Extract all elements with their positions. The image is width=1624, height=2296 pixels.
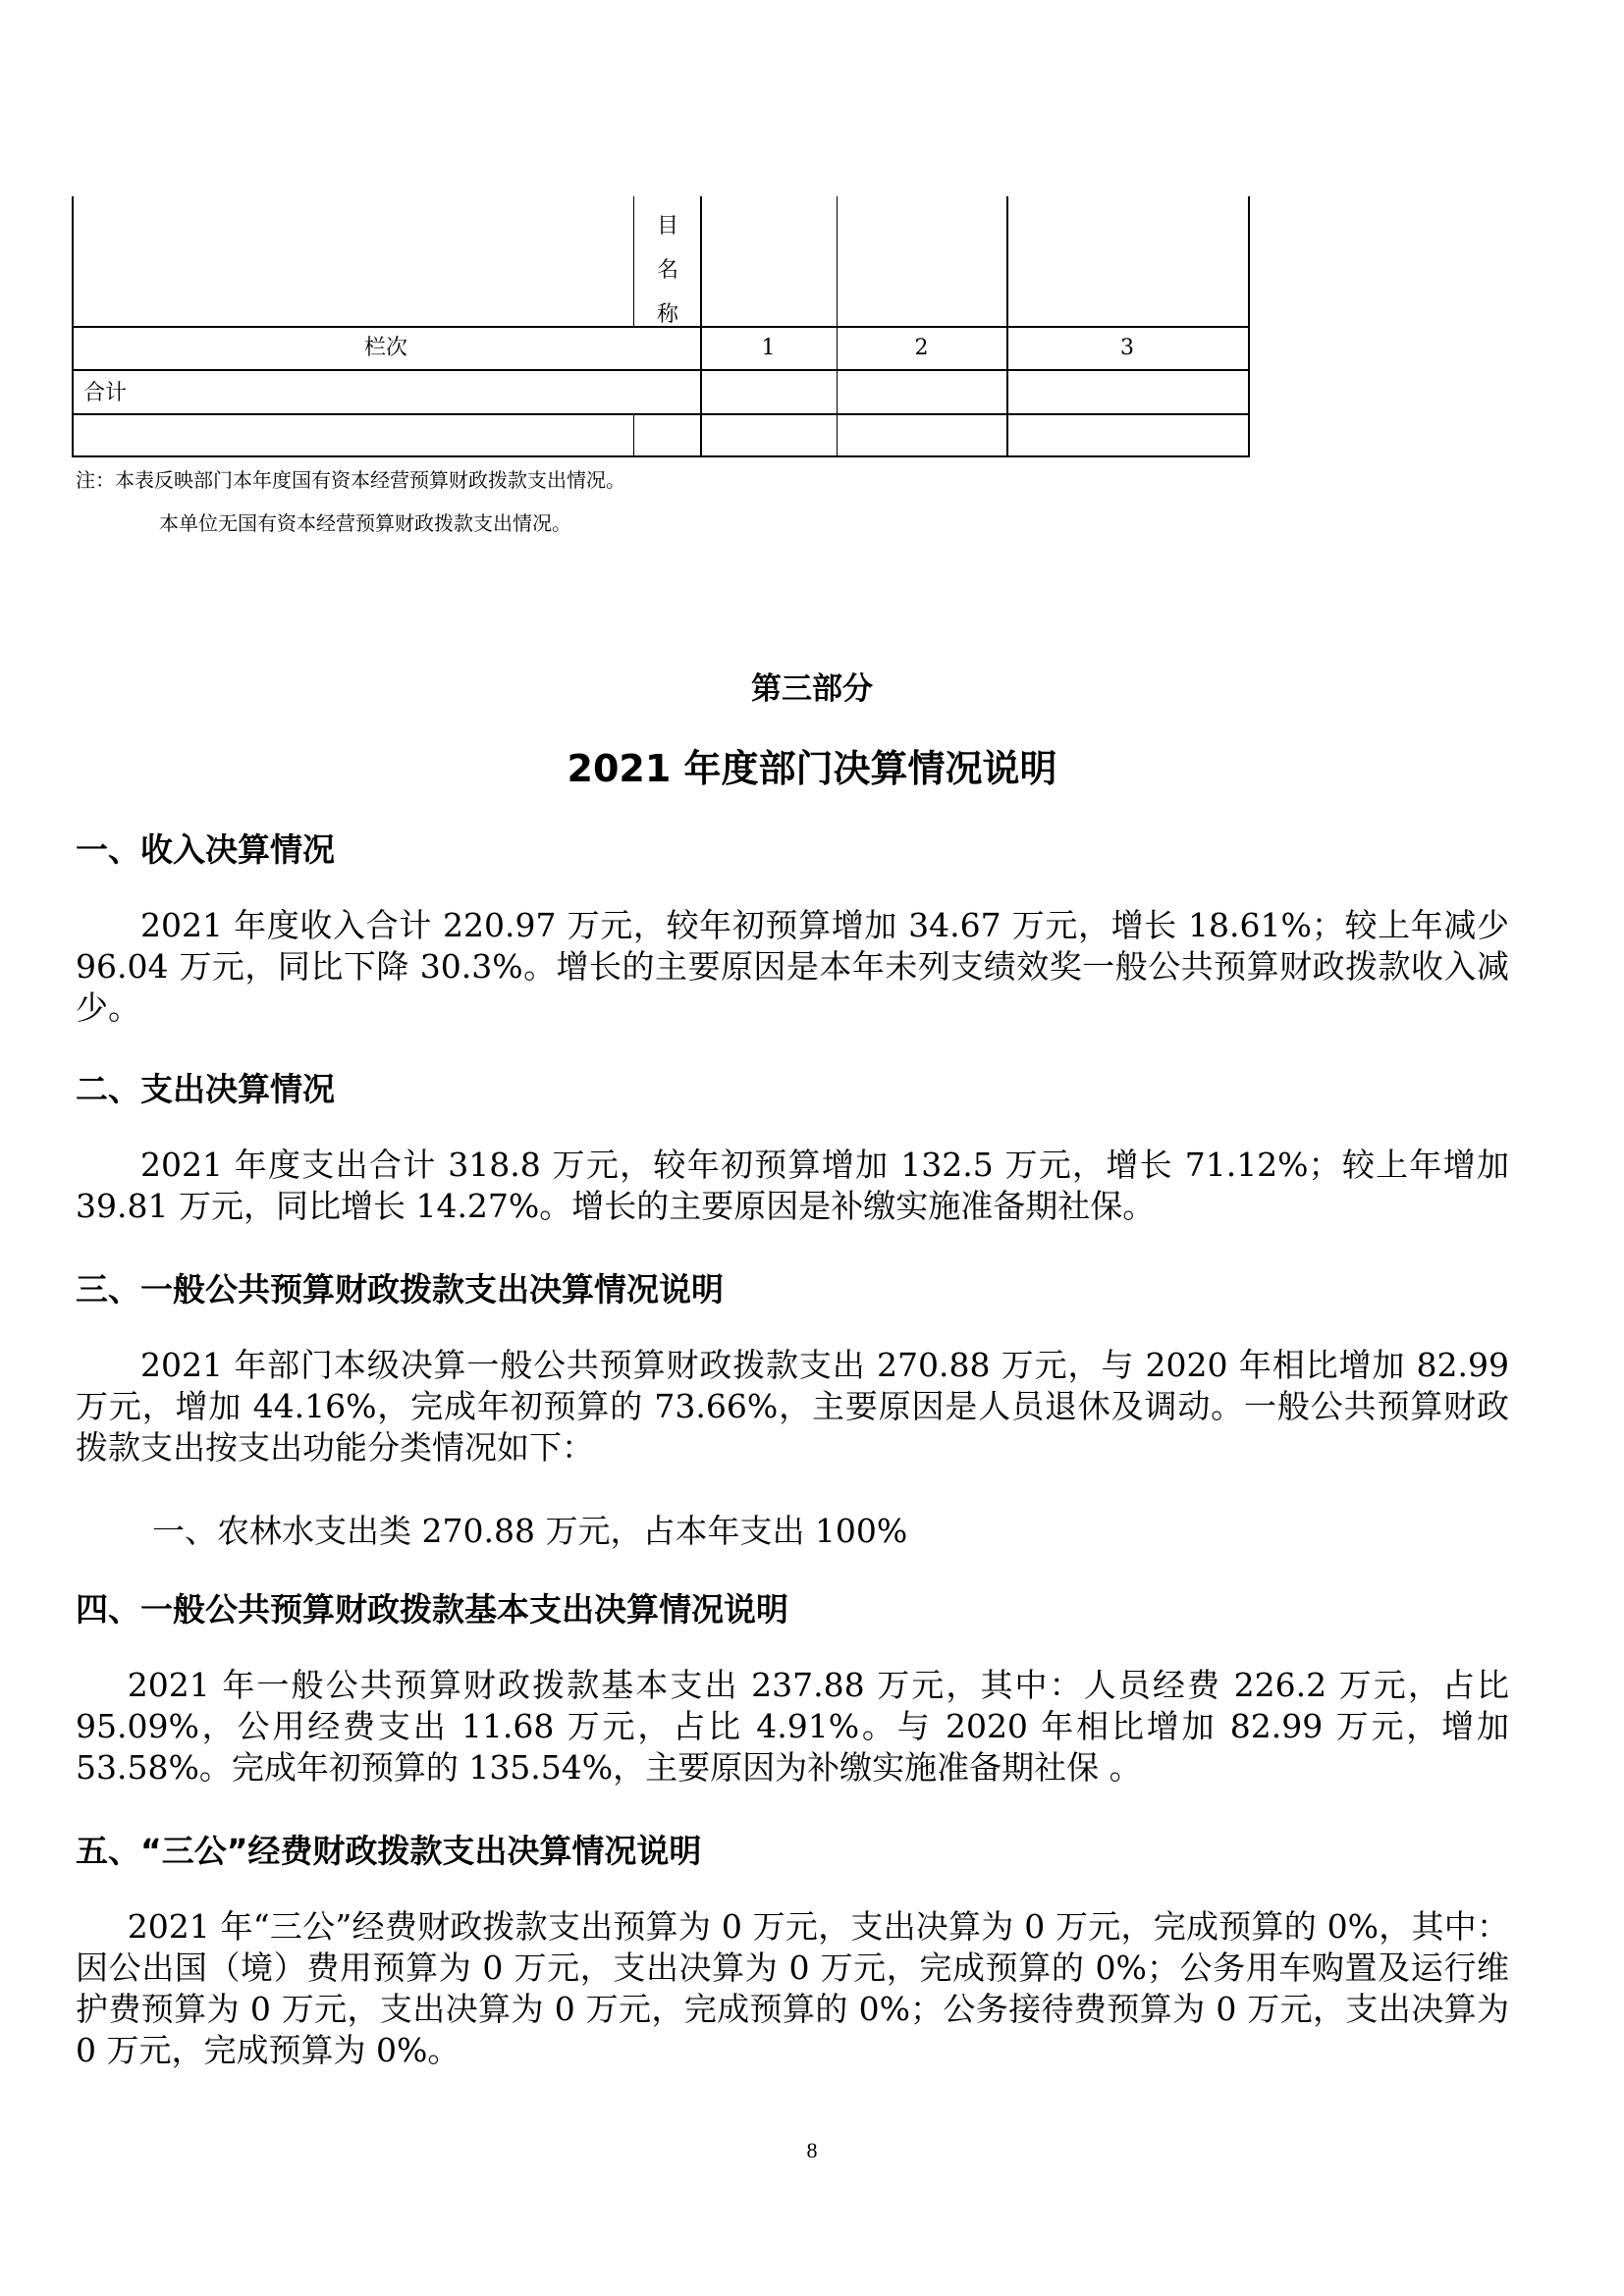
section-paragraph-income: 2021 年度收入合计 220.97 万元，较年初预算增加 34.67 万元，增… — [76, 905, 1509, 1029]
capital-budget-table: 目 名 称 栏次 1 2 3 合计 — [72, 196, 1250, 457]
header-char: 名 — [653, 248, 682, 293]
table-rule — [72, 413, 1250, 415]
section-heading-three-public: 五、“三公”经费财政拨款支出决算情况说明 — [76, 1826, 701, 1872]
column-index-label: 栏次 — [72, 336, 700, 361]
section-paragraph-three-public: 2021 年“三公”经费财政拨款支出预算为 0 万元，支出决算为 0 万元，完成… — [76, 1906, 1509, 2071]
functional-category-item: 一、农林水支出类 270.88 万元，占本年支出 100% — [152, 1506, 907, 1552]
section-paragraph-general-budget: 2021 年部门本级决算一般公共预算财政拨款支出 270.88 万元，与 202… — [76, 1345, 1509, 1468]
total-row-label: 合计 — [83, 381, 127, 406]
section-heading-basic-expenditure: 四、一般公共预算财政拨款基本支出决算情况说明 — [76, 1584, 788, 1630]
part-heading: 第三部分 — [0, 664, 1624, 708]
header-char: 目 — [653, 204, 682, 248]
table-note: 注：本表反映部门本年度国有资本经营预算财政拨款支出情况。 — [76, 467, 625, 493]
section-paragraph-basic-expenditure: 2021 年一般公共预算财政拨款基本支出 237.88 万元，其中：人员经费 2… — [76, 1665, 1509, 1789]
header-vertical-text: 目 名 称 — [653, 204, 682, 337]
column-number-2: 2 — [837, 336, 1006, 361]
table-rule — [72, 369, 1250, 371]
column-number-3: 3 — [1006, 336, 1248, 361]
table-divider — [633, 413, 634, 457]
header-char: 称 — [653, 293, 682, 337]
section-heading-expenditure: 二、支出决算情况 — [76, 1064, 335, 1110]
section-paragraph-expenditure: 2021 年度支出合计 318.8 万元，较年初预算增加 132.5 万元，增长… — [76, 1145, 1509, 1227]
section-heading-income: 一、收入决算情况 — [76, 825, 335, 871]
page-number: 8 — [0, 2138, 1624, 2163]
table-divider — [633, 196, 634, 326]
section-heading-general-budget: 三、一般公共预算财政拨款支出决算情况说明 — [76, 1264, 724, 1310]
table-rule — [72, 455, 1250, 457]
column-number-1: 1 — [700, 336, 837, 361]
document-title: 2021 年度部门决算情况说明 — [0, 738, 1624, 792]
table-note-secondary: 本单位无国有资本经营预算财政拨款支出情况。 — [159, 510, 571, 536]
